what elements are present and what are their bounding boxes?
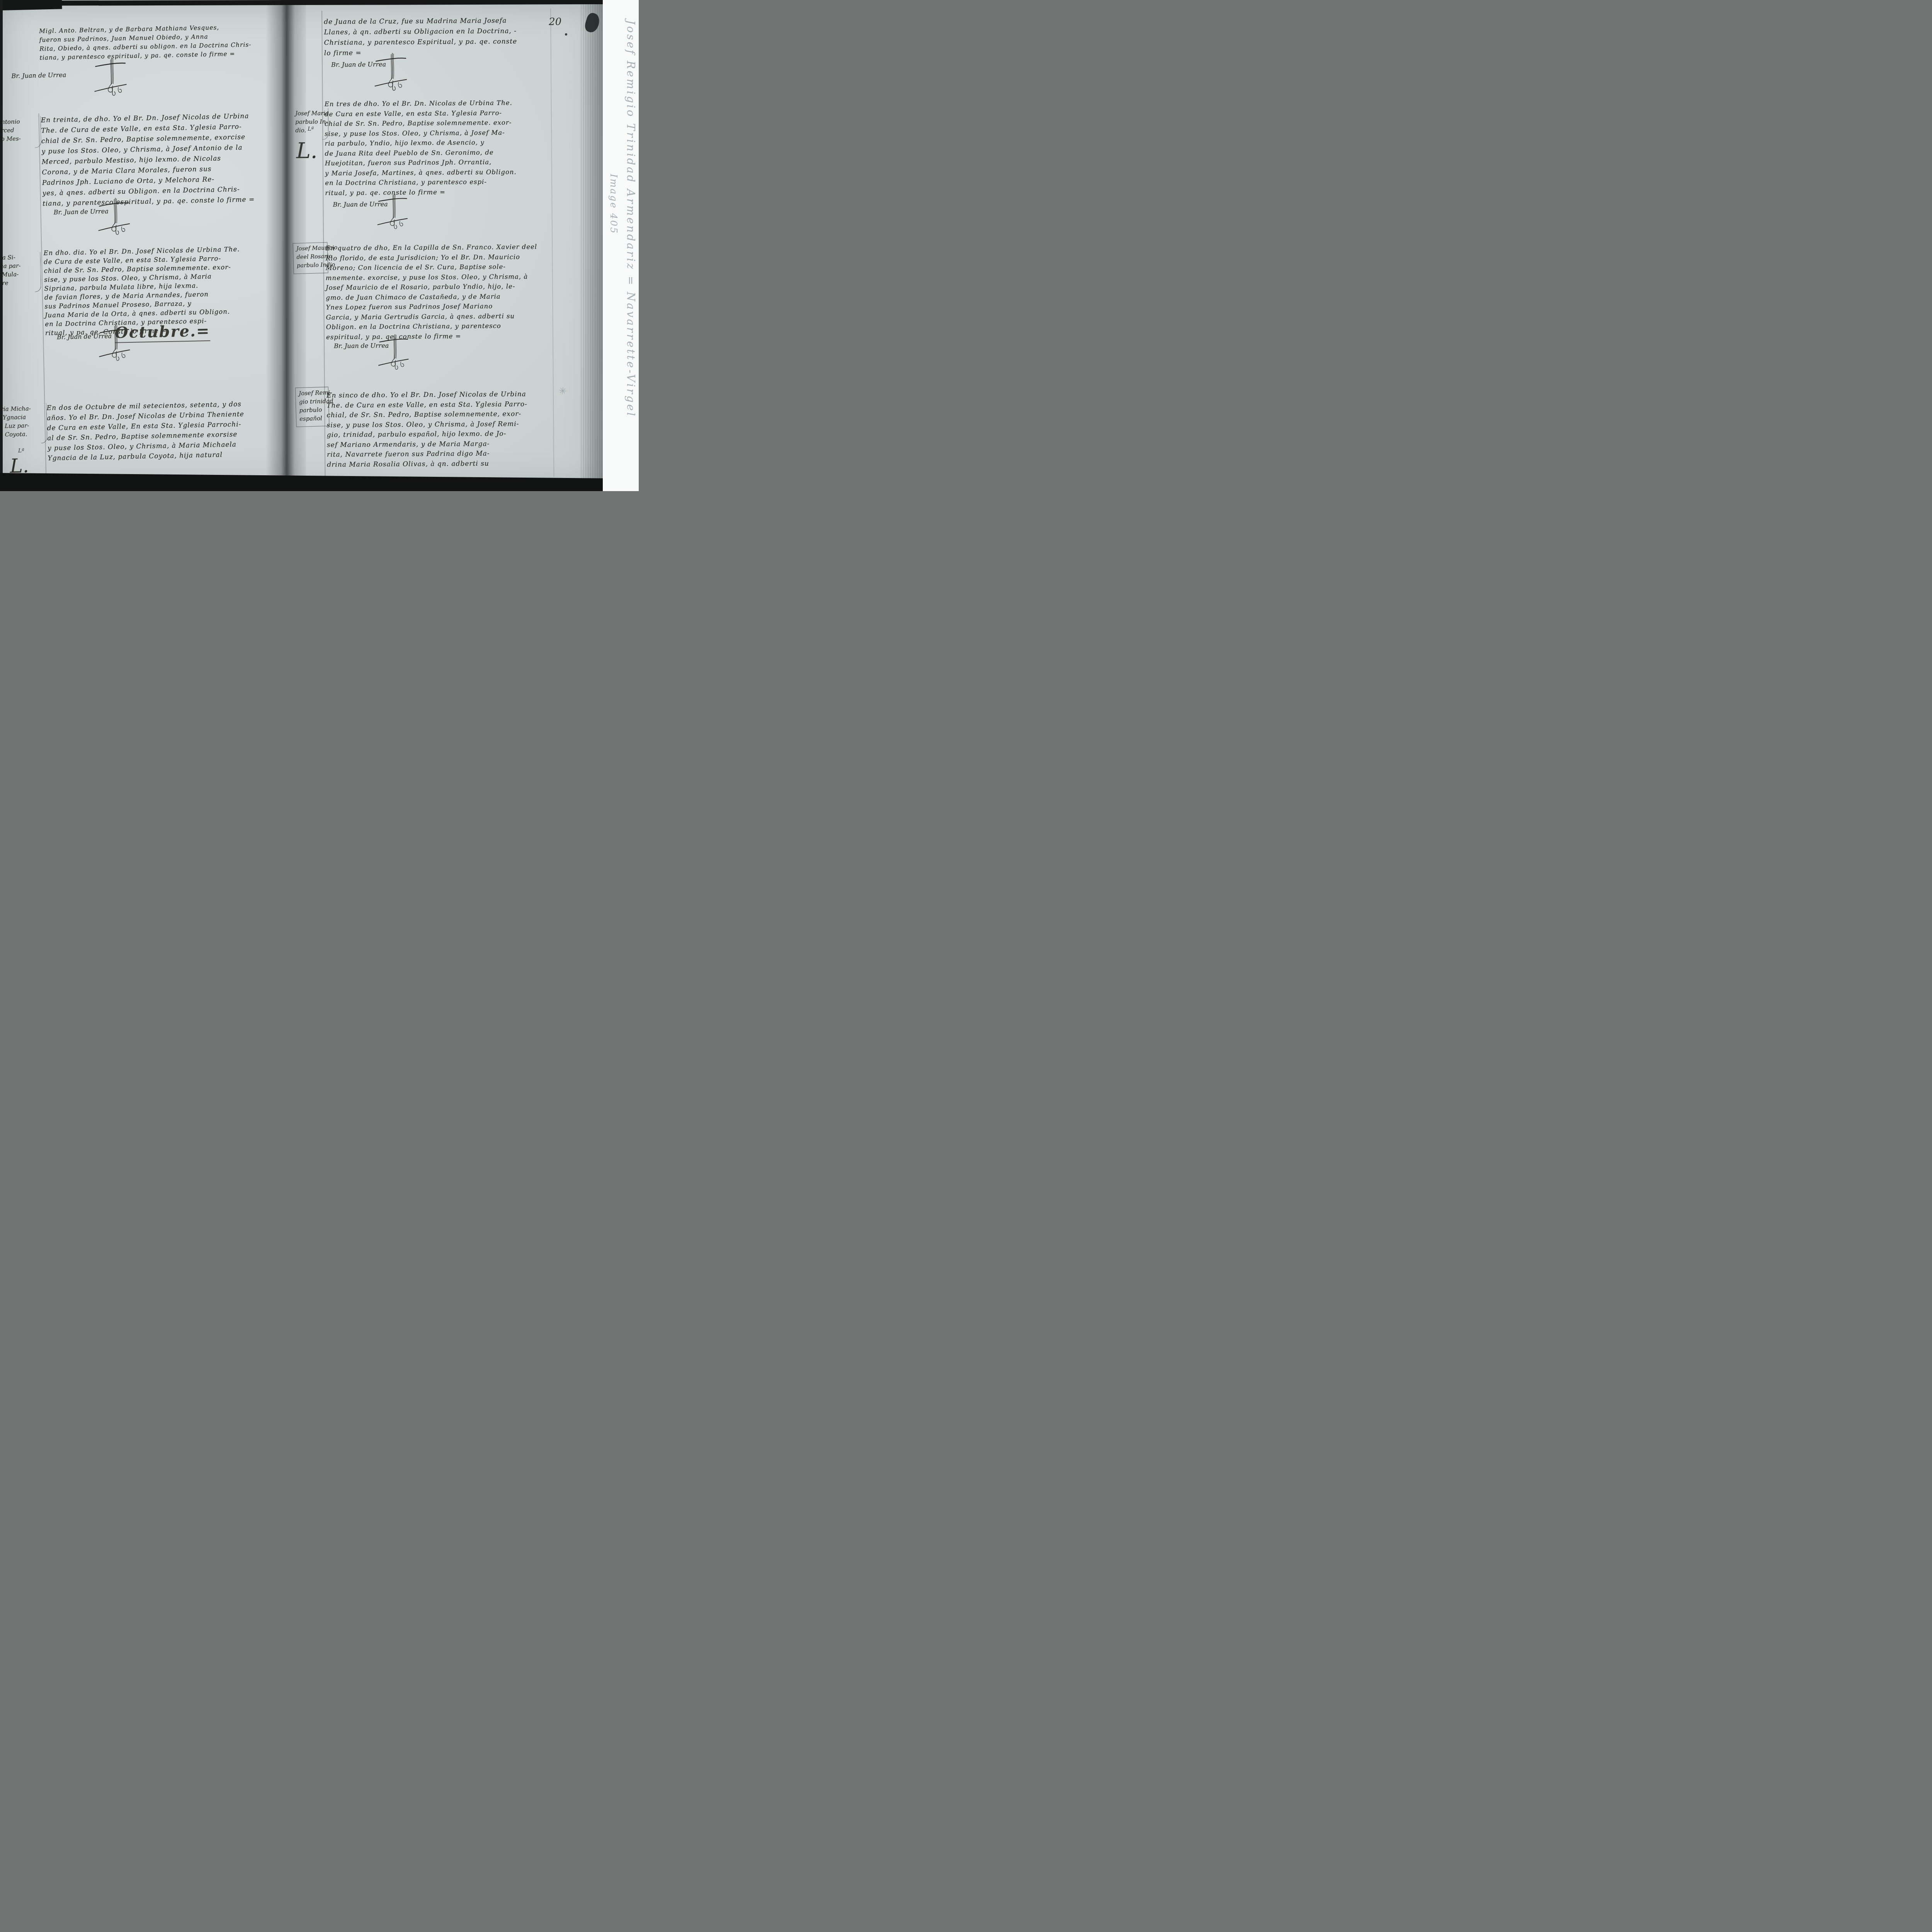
handwritten-line: en la Doctrina Christiana, y parentesco … [325,177,517,188]
handwritten-line: mnemente. exorcise, y puse los Stos. Ole… [326,271,537,282]
handwritten-line: de Cura en este Valle, en esta Sta. Ygle… [325,108,516,119]
handwritten-line: Christiana, y parentesco Espiritual, y p… [324,36,517,48]
pencil-annotation-name: Josef Remigio Trinidad Armendariz = Nava… [624,20,637,418]
handwritten-line: sef Mariano Armendaris, y de Maria Marga… [327,439,528,450]
handwritten-line: gmo. de Juan Chimaco de Castañeda, y de … [326,291,537,302]
handwritten-line: En sinco de dho. Yo el Br. Dn. Josef Nic… [327,389,527,401]
margin-flourish-la: Lª [308,126,314,132]
handwritten-line: Garcia, y Maria Gertrudis Garcia, à qnes… [326,311,537,322]
scan-border-left [0,0,3,480]
handwritten-line: Llanes, à qn. adberti su Obligacion en l… [324,26,517,37]
handwritten-line: espiritual, y pa. qe. conste lo firme = [326,330,538,342]
handwritten-line: y Maria Josefa, Martines, à qnes. adbert… [325,167,517,178]
right-edge-rule [550,9,554,477]
handwritten-line: Rio florido, de esta Jurisdicion; Yo el … [325,252,537,263]
handwritten-line: chial de Sr. Sn. Pedro, Baptise solemnem… [325,117,516,129]
handwritten-line: En tres de dho. Yo el Br. Dn. Nicolas de… [325,98,516,109]
page-number: 20 [549,16,561,28]
handwritten-line: sise, y puse los Stos. Oleo, y Chrisma, … [327,419,527,430]
handwritten-line: drina Maria Rosalia Olivas, à qn. adbert… [327,459,528,470]
right-continuation-block: de Juana de la Cruz, fue su Madrina Mari… [324,15,517,58]
signature-rubric-icon [376,333,411,371]
handwritten-line: chial, de Sr. Sn. Pedro, Baptise solemne… [327,409,527,420]
book-gutter-shadow [266,0,306,491]
handwritten-line: gio, trinidad, parbulo español, hijo lex… [327,429,528,440]
handwritten-line: En quatro de dho, En la Capilla de Sn. F… [325,242,537,253]
document-scan: Migl. Anto. Beltran, y de Barbara Mathia… [0,0,639,491]
handwritten-line: rita, Navarrete fueron sus Padrina digo … [327,449,528,460]
handwritten-line: lo firme = [324,47,517,58]
scan-border-top-left [0,0,62,10]
pencil-star-mark: ✳ [558,385,567,397]
handwritten-line: ria parbulo, Yndio, hijo lexmo. de Asenc… [325,137,516,148]
ink-dot [565,33,567,36]
handwritten-line: sise, y puse los Stos. Oleo, y Chrisma, … [325,128,516,139]
handwritten-line: Ynes Lopez fueron sus Padrinos Josef Mar… [326,301,537,312]
entry-baptism-josef-maria: En tres de dho. Yo el Br. Dn. Nicolas de… [325,98,517,197]
page-edge-streaks [581,0,603,491]
handwritten-line: The. de Cura en este Valle, en esta Sta.… [327,400,527,411]
handwritten-line: de Juana de la Cruz, fue su Madrina Mari… [324,15,517,27]
entry-baptism-josef-remigio: En sinco de dho. Yo el Br. Dn. Josef Nic… [327,389,528,470]
entry-baptism-josef-mauricio: En quatro de dho, En la Capilla de Sn. F… [325,242,537,342]
signature-rubric-icon [375,192,410,230]
handwritten-line: de Juana Rita deel Pueblo de Sn. Geronim… [325,147,516,158]
signature-rubric-icon [373,52,409,92]
handwritten-line: Huejotitan, fueron sus Padrinos Jph. Orr… [325,157,517,168]
handwritten-line: Obligon. en la Doctrina Christiana, y pa… [326,321,538,332]
handwritten-line: Josef Mauricio de el Rosario, parbulo Yn… [326,281,537,293]
pencil-annotation-image-number: Image 405 [608,174,619,235]
handwritten-line: Moreno; Con licencia de el Sr. Cura, Bap… [326,262,537,273]
handwritten-line: ritual, y pa. qe. conste lo firme = [325,187,517,198]
